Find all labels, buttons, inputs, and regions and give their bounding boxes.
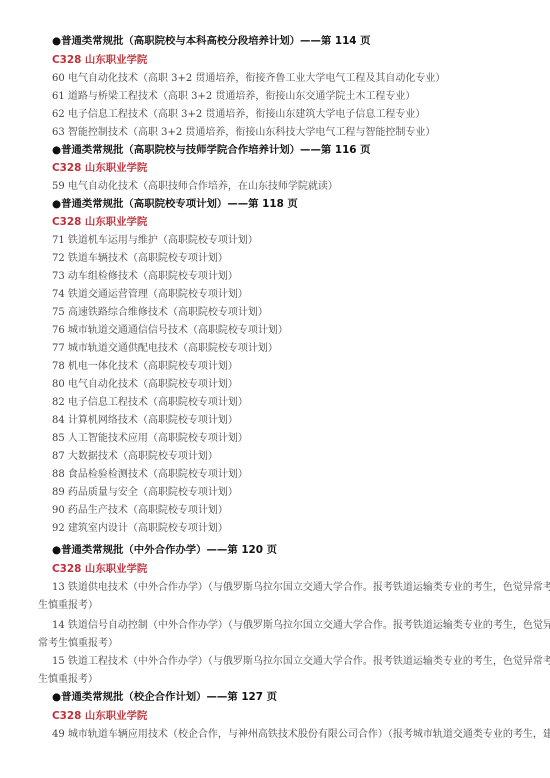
list-item: 15 铁道工程技术（中外合作办学）（与俄罗斯乌拉尔国立交通大学合作。报考铁道运输… — [52, 655, 550, 669]
list-item: 49 城市轨道车辆应用技术（校企合作，与神州高铁技术股份有限公司合作）（报考城市… — [52, 728, 550, 742]
list-item: 84 计算机网络技术（高职院校专项计划） — [52, 414, 238, 428]
school-name: C328 山东职业学院 — [52, 709, 147, 723]
list-item: 59 电气自动化技术（高职技师合作培养，在山东技师学院就读） — [52, 180, 338, 194]
list-item: 76 城市轨道交通通信信号技术（高职院校专项计划） — [52, 324, 288, 338]
list-item-continuation: 生慎重报考） — [38, 673, 98, 687]
section-heading: ●普通类常规批（校企合作计划）——第 127 页 — [52, 690, 277, 704]
section-heading: ●普通类常规批（中外合作办学）——第 120 页 — [52, 543, 277, 557]
list-item: 85 人工智能技术应用（高职院校专项计划） — [52, 432, 248, 446]
list-item: 63 智能控制技术（高职 3+2 贯通培养，衔接山东科技大学电气工程与智能控制专… — [52, 126, 435, 140]
list-item: 78 机电一体化技术（高职院校专项计划） — [52, 360, 238, 374]
school-name: C328 山东职业学院 — [52, 53, 147, 67]
list-item: 88 食品检验检测技术（高职院校专项计划） — [52, 468, 248, 482]
list-item: 72 铁道车辆技术（高职院校专项计划） — [52, 252, 228, 266]
document-page: ●普通类常规批（高职院校与本科高校分段培养计划）——第 114 页 C328 山… — [0, 0, 550, 778]
list-item: 60 电气自动化技术（高职 3+2 贯通培养，衔接齐鲁工业大学电气工程及其自动化… — [52, 72, 445, 86]
section-heading: ●普通类常规批（高职院校专项计划）——第 118 页 — [52, 197, 298, 211]
list-item-continuation: 生慎重报考） — [38, 599, 98, 613]
list-item: 14 铁道信号自动控制（中外合作办学）（与俄罗斯乌拉尔国立交通大学合作。报考铁道… — [52, 619, 550, 633]
list-item: 77 城市轨道交通供配电技术（高职院校专项计划） — [52, 342, 278, 356]
list-item: 74 铁道交通运营管理（高职院校专项计划） — [52, 288, 248, 302]
list-item: 82 电子信息工程技术（高职院校专项计划） — [52, 396, 248, 410]
list-item: 13 铁道供电技术（中外合作办学）（与俄罗斯乌拉尔国立交通大学合作。报考铁道运输… — [52, 581, 550, 595]
list-item: 62 电子信息工程技术（高职 3+2 贯通培养，衔接山东建筑大学电子信息工程专业… — [52, 108, 425, 122]
section-heading: ●普通类常规批（高职院校与本科高校分段培养计划）——第 114 页 — [52, 34, 371, 48]
list-item-continuation: 常考生慎重报考） — [38, 637, 118, 651]
list-item: 61 道路与桥梁工程技术（高职 3+2 贯通培养，衔接山东交通学院土木工程专业） — [52, 90, 415, 104]
list-item: 89 药品质量与安全（高职院校专项计划） — [52, 486, 238, 500]
school-name: C328 山东职业学院 — [52, 215, 147, 229]
school-name: C328 山东职业学院 — [52, 562, 147, 576]
list-item: 75 高速铁路综合维修技术（高职院校专项计划） — [52, 306, 268, 320]
section-heading: ●普通类常规批（高职院校与技师学院合作培养计划）——第 116 页 — [52, 143, 371, 157]
school-name: C328 山东职业学院 — [52, 161, 147, 175]
list-item: 80 电气自动化技术（高职院校专项计划） — [52, 378, 238, 392]
list-item: 71 铁道机车运用与维护（高职院校专项计划） — [52, 234, 258, 248]
list-item: 87 大数据技术（高职院校专项计划） — [52, 450, 218, 464]
list-item: 92 建筑室内设计（高职院校专项计划） — [52, 522, 228, 536]
list-item: 90 药品生产技术（高职院校专项计划） — [52, 504, 228, 518]
list-item: 73 动车组检修技术（高职院校专项计划） — [52, 270, 238, 284]
